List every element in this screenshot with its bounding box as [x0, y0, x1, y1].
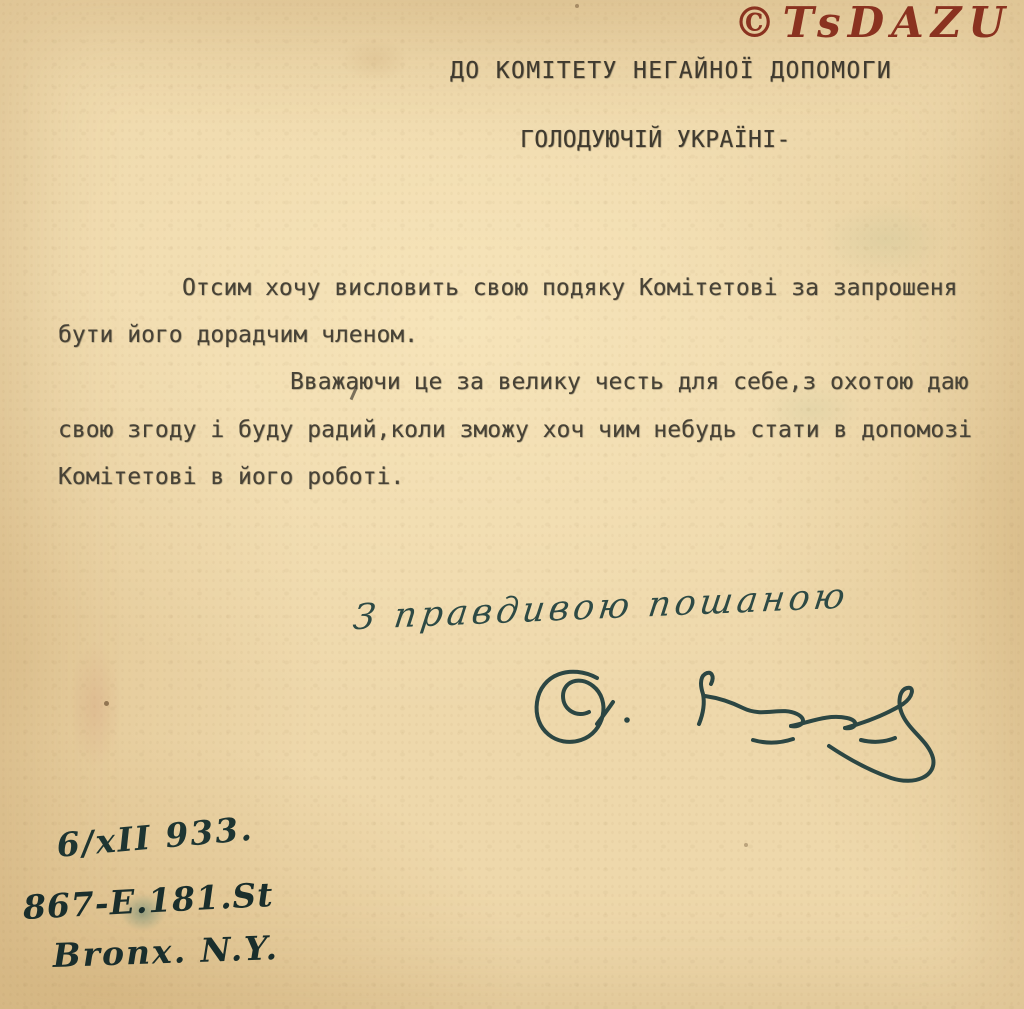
letter-body-line-3: Вважаючи це за велику честь для себе,з о…: [290, 369, 969, 395]
signature-flourish: [505, 648, 975, 798]
handwritten-closing: З правдивою пошаною: [351, 576, 852, 638]
archive-watermark: ©TsDAZU: [734, 0, 1012, 47]
letter-body-line-2: бути його дорадчим членом.: [58, 322, 418, 348]
paper-stain: [330, 30, 420, 90]
paper-grain-texture: [0, 0, 1024, 1009]
paper-speck: [744, 843, 748, 847]
document-scan: ©TsDAZU ДО КОМІТЕТУ НЕГАЙНОЇ ДОПОМОГИ ГО…: [0, 0, 1024, 1009]
handwritten-address-line-1: 867-E.181.St: [22, 875, 274, 927]
handwritten-date: 6/xII 933.: [55, 809, 255, 865]
letter-body-line-4: свою згоду і буду радий,коли зможу хоч ч…: [58, 417, 972, 443]
paper-speck: [104, 701, 109, 706]
letter-body-line-1: Отсим хочу висловить свою подяку Комітет…: [182, 275, 957, 301]
letter-heading-line-1: ДО КОМІТЕТУ НЕГАЙНОЇ ДОПОМОГИ: [450, 58, 892, 84]
letter-body-line-5: Комітетові в його роботі.: [58, 464, 404, 490]
handwritten-address-line-2: Bronx. N.Y.: [52, 928, 280, 975]
paper-speck: [575, 4, 579, 8]
paper-stain: [60, 620, 130, 790]
letter-heading-line-2: ГОЛОДУЮЧІЙ УКРАЇНІ-: [520, 127, 791, 153]
